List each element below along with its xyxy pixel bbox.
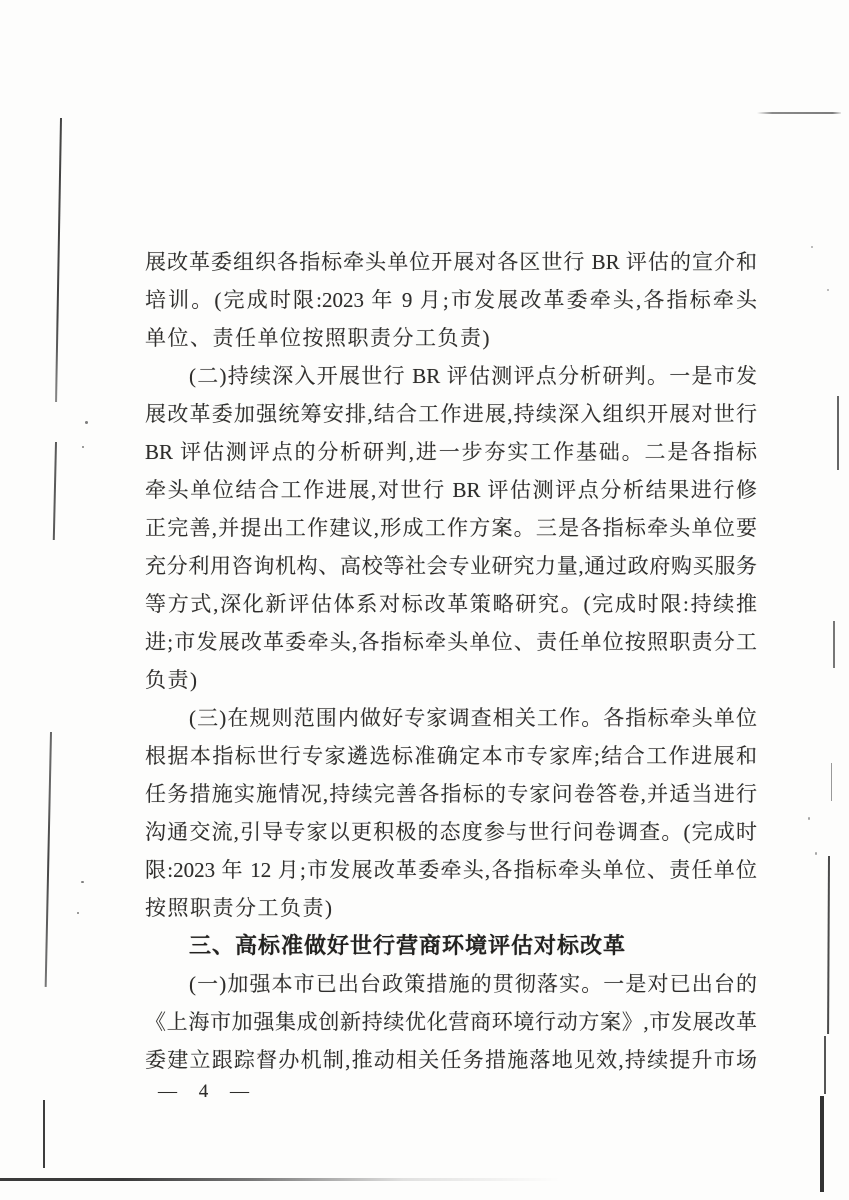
text-line: 培训。(完成时限:2023 年 9 月;市发展改革委牵头,各指标牵头 — [145, 281, 757, 319]
text-line: 沟通交流,引导专家以更积极的态度参与世行问卷调查。(完成时 — [145, 813, 757, 851]
text-line: 《上海市加强集成创新持续优化营商环境行动方案》,市发展改革 — [145, 1003, 757, 1041]
scan-artifact-left-edge-line-1 — [55, 118, 62, 402]
text-line: 等方式,深化新评估体系对标改革策略研究。(完成时限:持续推 — [145, 585, 757, 623]
scan-speck — [811, 246, 813, 248]
text-line: 单位、责任单位按照职责分工负责) — [145, 319, 757, 357]
text-line: (二)持续深入开展世行 BR 评估测评点分析研判。一是市发 — [145, 357, 757, 395]
scan-artifact-bottom-line — [0, 1178, 560, 1181]
text-line: 展改革委组织各指标牵头单位开展对各区世行 BR 评估的宣介和 — [145, 243, 757, 281]
scan-artifact-left-edge-line-4 — [43, 1100, 45, 1168]
scan-speck — [81, 881, 84, 883]
scan-speck — [827, 289, 829, 291]
page-number: — 4 — — [158, 1076, 255, 1108]
scan-artifact-right-edge-line-5 — [824, 1036, 826, 1094]
text-line: 委建立跟踪督办机制,推动相关任务措施落地见效,持续提升市场 — [145, 1041, 757, 1079]
text-line: 展改革委加强统筹安排,结合工作进展,持续深入组织开展对世行 — [145, 395, 757, 433]
scan-artifact-left-edge-line-3 — [45, 732, 52, 987]
text-line: (三)在规则范围内做好专家调查相关工作。各指标牵头单位 — [145, 699, 757, 737]
text-line: (一)加强本市已出台政策措施的贯彻落实。一是对已出台的 — [145, 965, 757, 1003]
scan-speck — [815, 852, 817, 855]
text-line: 任务措施实施情况,持续完善各指标的专家问卷答卷,并适当进行 — [145, 775, 757, 813]
scan-speck — [77, 912, 79, 914]
text-line: BR 评估测评点的分析研判,进一步夯实工作基础。二是各指标 — [145, 433, 757, 471]
scan-speck — [82, 446, 84, 448]
text-line: 按照职责分工负责) — [145, 889, 757, 927]
text-line: 根据本指标世行专家遴选标准确定本市专家库;结合工作进展和 — [145, 737, 757, 775]
scan-artifact-right-edge-line-3 — [831, 763, 832, 801]
scan-artifact-right-edge-line-1 — [837, 396, 839, 470]
text-line: 正完善,并提出工作建议,形成工作方案。三是各指标牵头单位要 — [145, 509, 757, 547]
document-body: 展改革委组织各指标牵头单位开展对各区世行 BR 评估的宣介和培训。(完成时限:2… — [145, 243, 757, 1079]
scanned-document-page: 展改革委组织各指标牵头单位开展对各区世行 BR 评估的宣介和培训。(完成时限:2… — [0, 0, 849, 1200]
text-line: 限:2023 年 12 月;市发展改革委牵头,各指标牵头单位、责任单位 — [145, 851, 757, 889]
section-heading: 三、高标准做好世行营商环境评估对标改革 — [145, 927, 757, 965]
scan-artifact-right-edge-line-6 — [820, 1096, 824, 1192]
scan-artifact-top-right-line — [757, 112, 841, 114]
scan-artifact-left-edge-line-2 — [53, 442, 57, 540]
text-line: 牵头单位结合工作进展,对世行 BR 评估测评点分析结果进行修 — [145, 471, 757, 509]
scan-artifact-right-edge-line-2 — [833, 621, 835, 668]
text-line: 进;市发展改革委牵头,各指标牵头单位、责任单位按照职责分工 — [145, 623, 757, 661]
text-line: 充分利用咨询机构、高校等社会专业研究力量,通过政府购买服务 — [145, 547, 757, 585]
scan-speck — [85, 421, 88, 424]
scan-speck — [808, 817, 810, 820]
scan-artifact-right-edge-line-4 — [827, 856, 830, 1034]
text-line: 负责) — [145, 661, 757, 699]
